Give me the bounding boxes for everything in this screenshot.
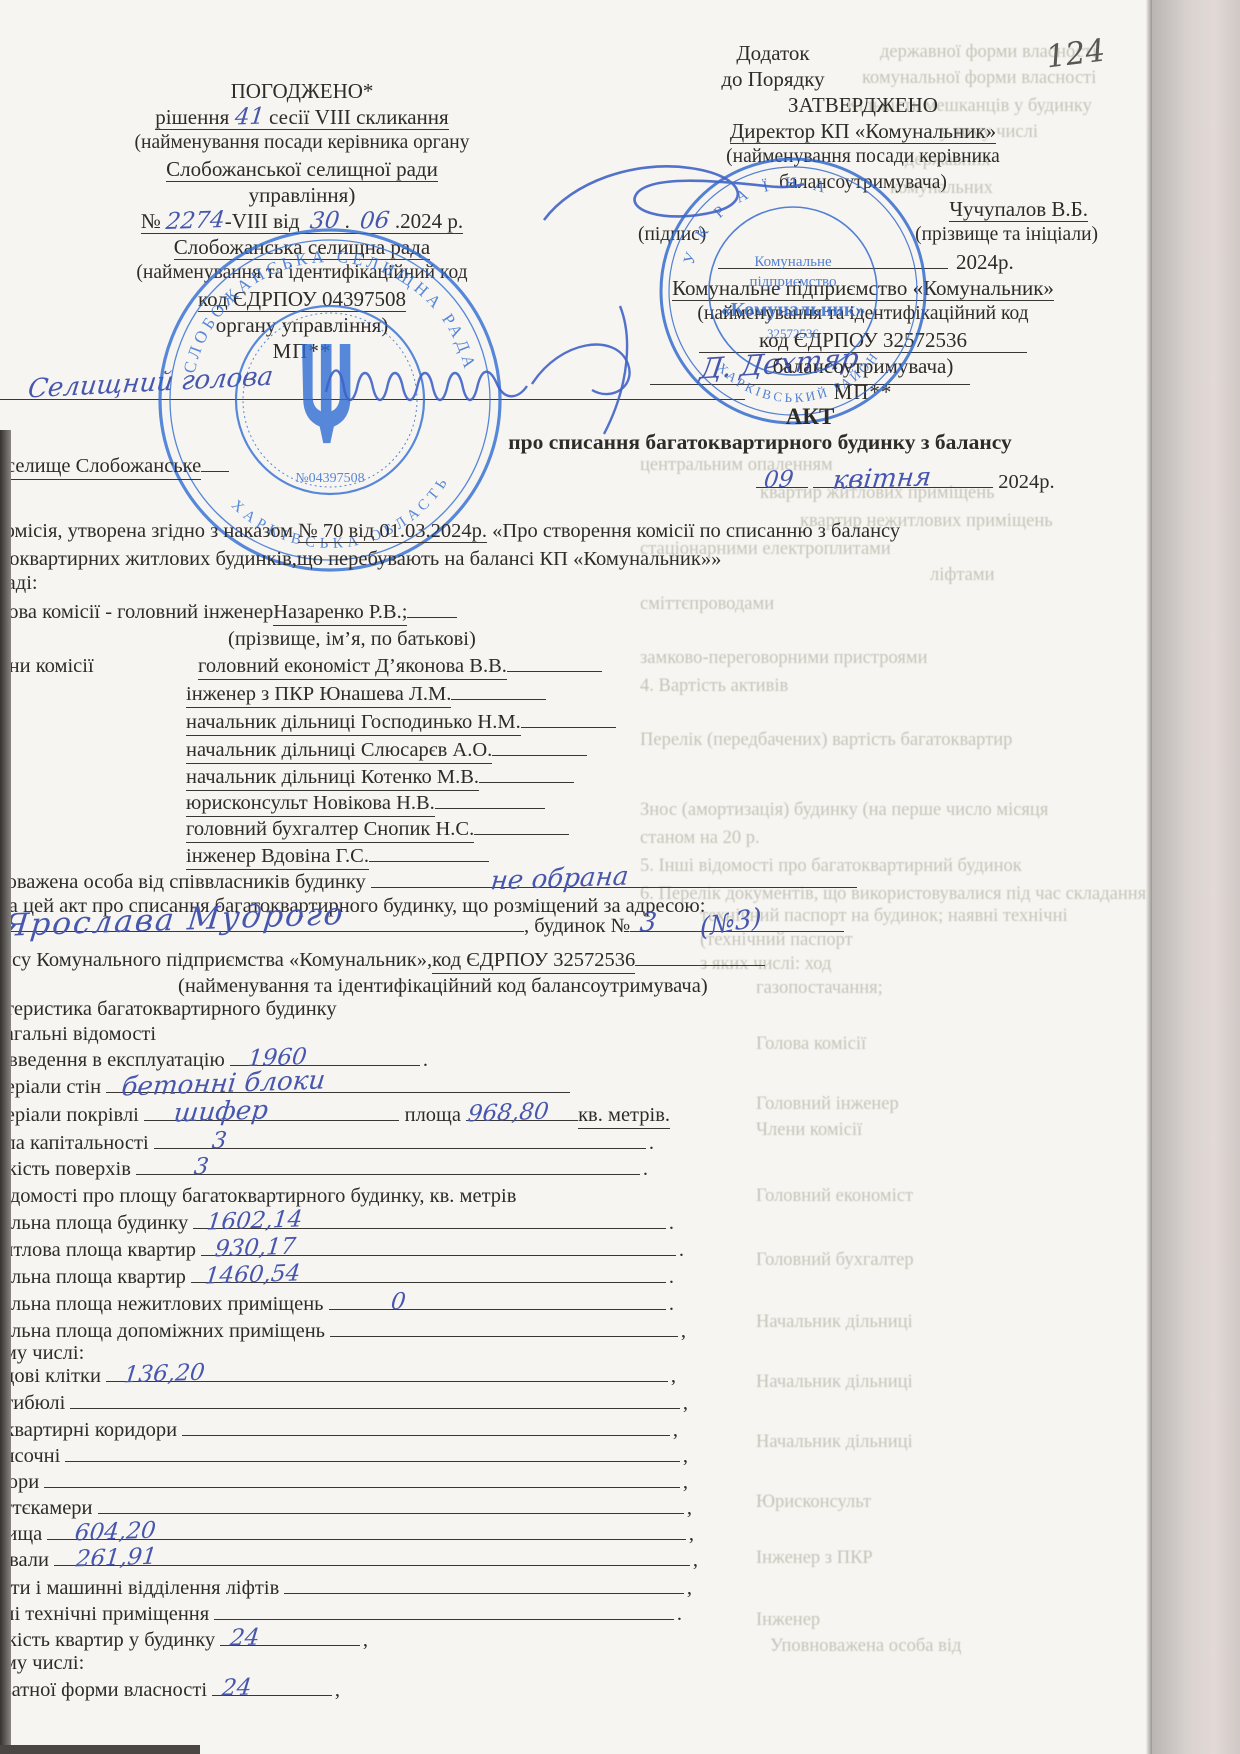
form-line-m1: інженер з ПКР Юнашева Л.М.: [0, 680, 546, 708]
handwritten-value: шифер: [172, 1098, 269, 1127]
field-label: сходові клітки: [0, 1363, 106, 1389]
field-underline: [214, 1600, 674, 1620]
punctuation: .: [669, 1264, 674, 1290]
field-label: сміттєкамери: [0, 1495, 98, 1521]
form-line-corr: позаквартирні коридори ,: [0, 1416, 678, 1443]
printed-text: у тому числі:: [0, 1342, 84, 1364]
underline-ext: [369, 842, 489, 862]
form-line-area_total: Загальна площа будинку 1602,14.: [0, 1209, 674, 1236]
form-line-base: підвали 261,91,: [0, 1546, 698, 1573]
caption-surname: (прізвище та ініціали): [915, 222, 1098, 248]
decision-line: рішення 41 сесії VIII скликання: [42, 104, 562, 130]
field-label: Матеріали стін: [0, 1074, 106, 1100]
session-number-handwritten: 41: [233, 105, 265, 129]
printed-text: балансу Комунального підприємства «Комун…: [0, 947, 432, 973]
form-line-area_aux: Загальна площа допоміжних приміщень ,: [0, 1317, 686, 1344]
printed-text: у тому числі:: [0, 1652, 84, 1674]
field-label: Кількість поверхів: [0, 1156, 136, 1182]
member-name: начальник дільниці Котенко М.В.: [186, 764, 479, 791]
form-line-pib: (прізвище, ім’я, по батькові): [228, 626, 476, 652]
form-line-capgroup: Група капітальності 3.: [0, 1129, 654, 1156]
bleed-through-text: замково-переговорними пристроями: [640, 648, 927, 669]
members-label: Члени комісії: [0, 653, 198, 679]
director-signature: [538, 156, 818, 252]
underline-ext: [479, 763, 574, 783]
field-label: Загальна площа квартир: [0, 1264, 191, 1290]
punctuation: .: [669, 1291, 674, 1317]
field-label: Загальна площа нежитлових приміщень: [0, 1291, 329, 1317]
form-line-walls: Матеріали стін бетонні блоки: [0, 1073, 570, 1100]
form-line-vest: вестибюлі ,: [0, 1389, 688, 1416]
council-genitive: Слобожанської селищної ради: [42, 156, 562, 182]
underline-ext: [635, 946, 765, 966]
printed-text: Голова комісії - головний інженер: [0, 599, 273, 625]
printed-text: 1. Загальні відомості: [0, 1023, 156, 1045]
field-underline: 136,20: [106, 1362, 668, 1382]
roof-material-underline: шифер: [144, 1101, 399, 1121]
bleed-through-text: Головний інженер: [756, 1094, 899, 1115]
punctuation: .: [679, 1237, 684, 1263]
act-subtitle: про списання багатоквартирного будинку з…: [410, 430, 1110, 455]
punctuation: ,: [687, 1575, 692, 1601]
units-label: кв. метрів.: [578, 1102, 670, 1129]
field-label: позаквартирні коридори: [0, 1417, 182, 1443]
form-line-stores: комори ,: [0, 1468, 688, 1495]
bleed-through-text: сміттєпроводами: [640, 594, 774, 615]
form-line-area_living: Житлова площа квартир 930,17.: [0, 1236, 684, 1263]
pogodzheno-heading: ПОГОДЖЕНО*: [42, 78, 562, 104]
street-underline: Ярослава Мудрого: [0, 912, 524, 932]
printed-underlined: Назаренко Р.В.;: [273, 599, 407, 626]
handwritten-value: Ярослава Мудрого: [2, 900, 346, 943]
printed-text: Характеристика багатоквартирного будинку: [0, 998, 337, 1020]
form-line-garb: сміттєкамери ,: [0, 1494, 692, 1521]
form-line-m0: Члени комісіїголовний економіст Д’яконов…: [0, 652, 602, 680]
field-underline: 604,20: [47, 1520, 685, 1540]
punctuation: ,: [681, 1318, 686, 1344]
field-label: Група капітальності: [0, 1130, 154, 1156]
handwritten-value: 09: [763, 469, 795, 493]
handwritten-value: 604,20: [74, 1520, 157, 1546]
bleed-through-text: Знос (амортизація) будинку (на перше чис…: [640, 800, 1048, 821]
form-line-stairs: сходові клітки 136,20,: [0, 1362, 676, 1389]
field-label: Уповноважена особа від співвласників буд…: [0, 869, 371, 895]
form-line-p1: Комісія, утворена згідно з наказом № 70 …: [0, 518, 900, 544]
bleed-through-text: 4. Вартість активів: [640, 676, 788, 697]
punctuation: ,: [673, 1417, 678, 1443]
field-underline: 1960: [230, 1046, 420, 1066]
field-underline: [65, 1442, 679, 1462]
form-line-area_nonres: Загальна площа нежитлових приміщень 0.: [0, 1290, 674, 1317]
form-line-m4: начальник дільниці Котенко М.В.: [0, 763, 574, 791]
handwritten-value: 24: [229, 1627, 261, 1651]
form-line-m7: інженер Вдовіна Г.С.: [0, 842, 489, 870]
form-line-char_title: Характеристика багатоквартирного будинку: [0, 996, 337, 1022]
form-line-incl2: у тому числі:: [0, 1650, 84, 1676]
handwritten-value: 968,80: [467, 1101, 550, 1127]
punctuation: ,: [363, 1627, 368, 1653]
form-line-roof: Матеріали покрівлі шифер площа 968,80кв.…: [0, 1101, 670, 1129]
date-month-line: квітня: [813, 468, 993, 488]
handwritten-value: 1602,14: [206, 1209, 304, 1235]
form-line-date: 09 квітня 2024р.: [756, 468, 1055, 495]
form-line-m5: юрисконсульт Новікова Н.В.: [0, 789, 545, 817]
bleed-through-text: Начальник дільниці: [756, 1432, 913, 1453]
punctuation: .: [669, 1210, 674, 1236]
handwritten-value: 930,17: [214, 1236, 297, 1262]
bleed-through-text: Члени комісії: [756, 1120, 862, 1141]
field-underline: [44, 1468, 680, 1488]
punctuation: ,: [683, 1390, 688, 1416]
field-underline: 3: [154, 1129, 646, 1149]
form-line-p2: багатоквартирних житлових будинків,що пе…: [0, 546, 721, 572]
annex-line-1: Додаток: [598, 40, 948, 66]
scanned-act-page: державної форми власностікомунальної фор…: [0, 0, 1240, 1754]
bleed-through-text: Уповноважена особа від: [770, 1636, 961, 1657]
bleed-through-text: Начальник дільниці: [756, 1372, 913, 1393]
handwritten-value: (№3): [699, 905, 762, 941]
underline-ext: [201, 452, 229, 472]
field-label: приватної форми власності: [0, 1677, 212, 1703]
roof-area-underline: 968,80: [466, 1101, 578, 1121]
field-underline: [98, 1494, 684, 1514]
printed-text: «Про створення комісії по списанню з бал…: [487, 520, 900, 542]
punctuation: ,: [671, 1363, 676, 1389]
field-label: шахти і машинні відділення ліфтів: [0, 1575, 284, 1601]
form-line-auth: Уповноважена особа від співвласників буд…: [0, 868, 857, 895]
underline-ext: [507, 652, 602, 672]
punctuation: ,: [687, 1495, 692, 1521]
handwritten-value: 24: [221, 1677, 253, 1701]
form-line-head: Голова комісії - головний інженер Назаре…: [0, 598, 457, 626]
house-number-underline: 3(№3): [630, 912, 844, 932]
form-line-sec2: 2. Відомості про площу багатоквартирного…: [0, 1183, 516, 1209]
bleed-through-text: Юрисконсульт: [756, 1492, 871, 1513]
field-underline: 24: [220, 1626, 360, 1646]
scan-edge-left: [0, 430, 11, 1754]
punctuation: ,: [689, 1521, 694, 1547]
bleed-through-text: Головний бухгалтер: [756, 1250, 914, 1271]
handwritten-value: 3: [639, 910, 658, 937]
printed-text: Комісія, утворена згідно з наказом: [0, 520, 298, 542]
form-line-sec1: 1. Загальні відомості: [0, 1021, 156, 1047]
punctuation: ,: [683, 1469, 688, 1495]
field-underline: [70, 1389, 679, 1409]
bleed-through-text: газопостачання;: [756, 978, 883, 999]
field-underline: 930,17: [201, 1236, 676, 1256]
form-line-area_apts: Загальна площа квартир 1460,54.: [0, 1263, 674, 1290]
underline-ext: [492, 736, 587, 756]
form-line-floors: Кількість поверхів 3.: [0, 1155, 648, 1182]
punctuation: ,: [693, 1547, 698, 1573]
field-underline: [182, 1416, 670, 1436]
form-line-address: Ярослава Мудрого, будинок № 3(№3): [0, 912, 844, 939]
member-name: головний економіст Д’яконова В.В.: [198, 653, 507, 680]
field-underline: 24: [212, 1676, 332, 1696]
bleed-through-text: Інженер з ПКР: [756, 1548, 873, 1569]
form-line-m6: головний бухгалтер Снопик Н.С.: [0, 815, 569, 843]
form-line-m3: начальник дільниці Слюсарєв А.О.: [0, 736, 587, 764]
form-line-private: приватної форми власності 24,: [0, 1676, 340, 1703]
handwritten-value: квітня: [832, 465, 933, 494]
field-label: Матеріали покрівлі: [0, 1102, 144, 1128]
bleed-through-text: станом на 20 р.: [640, 828, 760, 849]
caption-org-1: (найменування посади керівника органу: [42, 130, 562, 156]
punctuation: ,: [335, 1677, 340, 1703]
scan-edge-bottom: [0, 1745, 200, 1754]
member-name: головний бухгалтер Снопик Н.С.: [186, 816, 474, 843]
form-line-stroll: колясочні ,: [0, 1442, 688, 1469]
settlement-name: селище Слобожанське: [6, 453, 201, 480]
printed-text: багатоквартирних житлових будинків,що пе…: [0, 548, 721, 570]
handwritten-value: 0: [389, 1291, 406, 1314]
punctuation: .: [649, 1130, 654, 1156]
field-underline: [284, 1574, 684, 1594]
underline-ext: [451, 680, 546, 700]
printed-underlined: № 70 від 01.03.2024р.: [298, 520, 487, 543]
field-label: Житлова площа квартир: [0, 1237, 201, 1263]
form-line-shaft: шахти і машинні відділення ліфтів ,: [0, 1574, 692, 1601]
council-stamp-code: №04397508: [295, 471, 364, 486]
bleed-through-text: Голова комісії: [756, 1034, 866, 1055]
annex-line-2: до Порядку: [598, 66, 948, 92]
field-underline: 0: [329, 1290, 666, 1310]
field-underline: бетонні блоки: [106, 1073, 570, 1093]
zatverdzheno-heading: ЗАТВЕРДЖЕНО: [598, 92, 1128, 118]
form-line-attic: горища 604,20,: [0, 1520, 694, 1547]
printed-text: 2. Відомості про площу багатоквартирного…: [0, 1185, 516, 1207]
field-underline: 3: [136, 1155, 640, 1175]
member-name: начальник дільниці Господинько Н.М.: [186, 709, 521, 736]
punctuation: ,: [683, 1443, 688, 1469]
act-title: АКТ: [700, 404, 920, 430]
form-line-balance: балансу Комунального підприємства «Комун…: [0, 946, 765, 974]
member-name: юрисконсульт Новікова Н.В.: [186, 790, 435, 817]
member-name: інженер Вдовіна Г.С.: [186, 843, 369, 870]
field-label: інші технічні приміщення: [0, 1601, 214, 1627]
form-line-m2: начальник дільниці Господинько Н.М.: [0, 708, 616, 736]
handwritten-value: 136,20: [123, 1362, 206, 1388]
field-underline: [330, 1317, 678, 1337]
punctuation: .: [677, 1601, 682, 1627]
member-name: начальник дільниці Слюсарєв А.О.: [186, 737, 492, 764]
bleed-through-text: Головний економіст: [756, 1186, 913, 1207]
date-day-line: 09: [756, 468, 808, 488]
bleed-through-text: Перелік (передбачених) вартість багатокв…: [640, 730, 1012, 751]
underline-ext: [407, 598, 457, 618]
underline-ext: [474, 815, 569, 835]
bleed-through-text: Інженер: [756, 1610, 820, 1631]
printed-text: (прізвище, ім’я, по батькові): [228, 628, 476, 650]
field-underline: 1460,54: [191, 1263, 666, 1283]
field-label: Загальна площа будинку: [0, 1210, 193, 1236]
handwritten-value: 3: [193, 1156, 210, 1179]
caption-org-2: управління): [42, 182, 562, 208]
underline-ext: [435, 789, 545, 809]
field-underline: 1602,14: [193, 1209, 666, 1229]
scan-edge-right: [1152, 0, 1240, 1754]
house-number-label: , будинок №: [524, 913, 630, 939]
field-underline: не обрана: [371, 868, 857, 888]
area-label: площа: [399, 1102, 466, 1128]
director-line: Директор КП «Комунальник»: [598, 118, 1128, 144]
underline-ext: [521, 708, 616, 728]
svg-text:підприємство: підприємство: [749, 274, 836, 290]
svg-text:Комунальне: Комунальне: [754, 254, 832, 270]
form-line-tech: інші технічні приміщення .: [0, 1600, 682, 1627]
field-underline: 261,91: [54, 1546, 690, 1566]
date-year: 2024р.: [993, 469, 1055, 495]
printed-text: (найменування та ідентифікаційний код ба…: [178, 975, 708, 997]
punctuation: .: [643, 1156, 648, 1182]
bleed-through-text: Начальник дільниці: [756, 1312, 913, 1333]
punctuation: .: [423, 1047, 428, 1073]
handwritten-value: 3: [211, 1130, 228, 1153]
handwritten-value: не обрана: [489, 864, 629, 895]
bleed-through-text: ліфтами: [930, 565, 995, 586]
form-line-settlement: селище Слобожанське: [0, 452, 229, 480]
member-name: інженер з ПКР Юнашева Л.М.: [186, 681, 451, 708]
printed-underlined: код ЄДРПОУ 32572536: [432, 947, 635, 974]
handwritten-value: 261,91: [75, 1546, 158, 1572]
handwritten-value: 1460,54: [204, 1263, 302, 1289]
